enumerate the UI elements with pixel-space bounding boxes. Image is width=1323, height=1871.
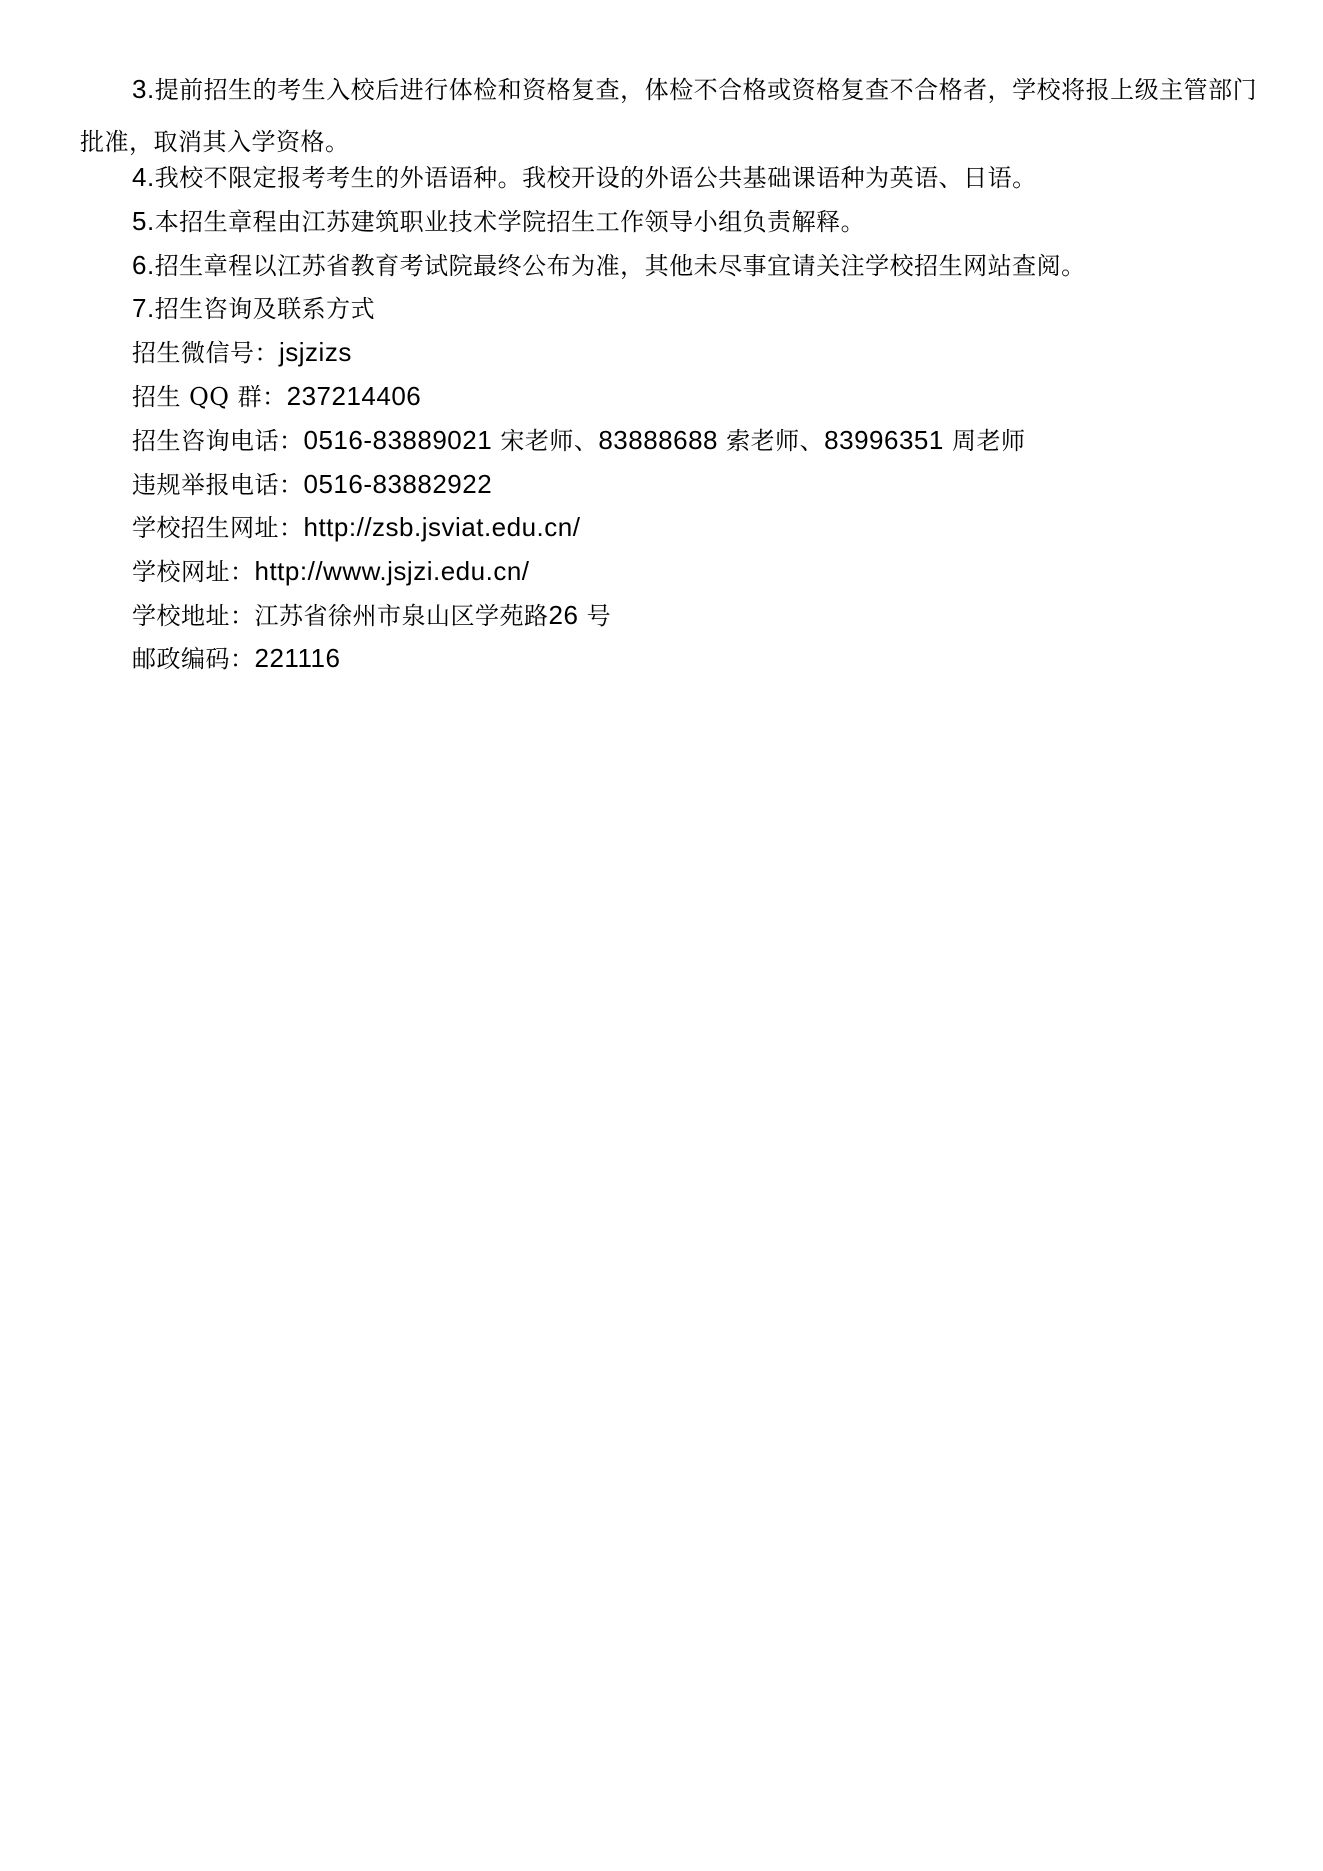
address-text: 江苏省徐州市泉山区学苑路 [255, 602, 549, 630]
contact-label: 学校网址： [132, 558, 255, 586]
document-page: 3.提前招生的考生入校后进行体检和资格复查，体检不合格或资格复查不合格者，学校将… [0, 0, 1323, 1871]
contact-person: 索老师 [726, 427, 800, 455]
wechat-id: jsjzizs [279, 337, 352, 367]
separator: 、 [800, 427, 825, 455]
item-text: 招生咨询及联系方式 [155, 295, 376, 323]
phone-number: 0516-83889021 [304, 425, 493, 455]
contact-label: 邮政编码： [132, 645, 255, 673]
contact-label: 招生微信号： [132, 339, 279, 367]
admission-site-link[interactable]: http://zsb.jsviat.edu.cn/ [304, 512, 581, 542]
item-text: 本招生章程由江苏建筑职业技术学院招生工作领导小组负责解释。 [155, 208, 866, 236]
phone-number: 83996351 [824, 425, 944, 455]
phone-number: 83888688 [598, 425, 718, 455]
item-number: 7. [132, 293, 155, 323]
item-number: 5. [132, 206, 155, 236]
contact-postcode: 邮政编码：221116 [132, 632, 1312, 685]
item-number: 4. [132, 162, 155, 192]
report-phone-number: 0516-83882922 [304, 469, 493, 499]
school-site-link[interactable]: http://www.jsjzi.edu.cn/ [255, 556, 530, 586]
contact-label: 学校招生网址： [132, 514, 304, 542]
address-suffix: 号 [587, 602, 612, 630]
item-number: 6. [132, 250, 155, 280]
item-number: 3. [132, 74, 155, 104]
address-number: 26 [549, 600, 579, 630]
contact-label: 招生 QQ 群： [132, 383, 287, 411]
postcode-value: 221116 [255, 643, 341, 673]
qq-group-number: 237214406 [287, 381, 422, 411]
item-text: 我校不限定报考考生的外语语种。我校开设的外语公共基础课语种为英语、日语。 [155, 164, 1037, 192]
item-text: 招生章程以江苏省教育考试院最终公布为准，其他未尽事宜请关注学校招生网站查阅。 [155, 252, 1086, 280]
separator: 、 [574, 427, 599, 455]
contact-person: 宋老师 [500, 427, 574, 455]
contact-label: 违规举报电话： [132, 471, 304, 499]
contact-label: 招生咨询电话： [132, 427, 304, 455]
contact-label: 学校地址： [132, 602, 255, 630]
contact-person: 周老师 [952, 427, 1026, 455]
item-text: 提前招生的考生入校后进行体检和资格复查，体检不合格或资格复查不合格者，学校将报上… [80, 76, 1257, 156]
